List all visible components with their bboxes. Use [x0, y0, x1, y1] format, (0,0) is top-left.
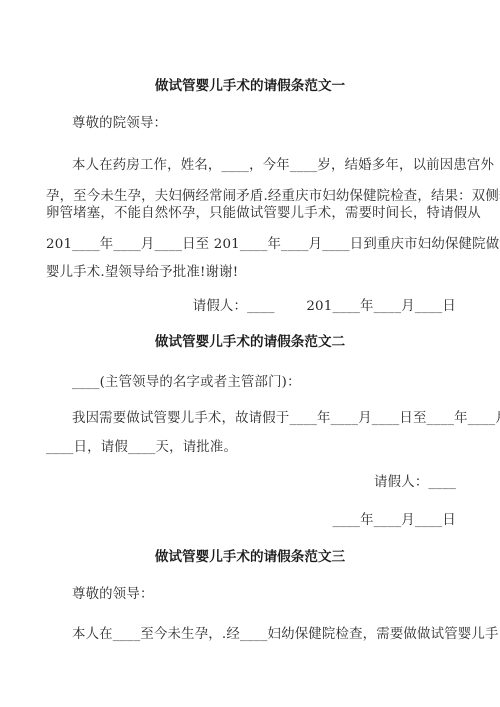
section-2-date: ____年____月____日	[332, 512, 456, 530]
section-1-salutation: 尊敬的院领导：	[72, 115, 456, 133]
section-2-title: 做试管婴儿手术的请假条范文二	[0, 333, 500, 351]
section-1-signature: 请假人：____ 201____年____月____日	[193, 298, 456, 316]
section-1-body-line: 孕，至今未生孕，夫妇俩经常闹矛盾.经重庆市妇幼保健院检查，结果：双侧输	[46, 188, 456, 206]
section-2-body-line: 我因需要做试管婴儿手术，故请假于____年____月____日至____年___…	[72, 410, 456, 428]
section-1-body-line: 201____年____月____日至 201____年____月____日到重…	[46, 236, 456, 254]
section-1-body-line: 本人在药房工作，姓名，____，今年____岁，结婚多年，以前因患宫外	[72, 157, 456, 175]
section-3-salutation: 尊敬的领导：	[72, 586, 456, 604]
section-1-title: 做试管婴儿手术的请假条范文一	[0, 77, 500, 95]
section-3-title: 做试管婴儿手术的请假条范文三	[0, 548, 500, 566]
section-2-salutation: ____(主管领导的名字或者主管部门)：	[72, 374, 456, 392]
section-3-body-line: 本人在____至今未生孕，.经____妇幼保健院检查，需要做做试管婴儿手	[72, 626, 456, 644]
section-2-body-line: ____日，请假____天，请批准。	[46, 439, 456, 457]
section-1-body-line: 卵管堵塞，不能自然怀孕，只能做试管婴儿手术，需要时间长，特请假从	[46, 205, 456, 223]
section-1-body-line: 婴儿手术.望领导给予批准!谢谢!	[46, 264, 456, 282]
section-2-signature: 请假人：____	[374, 474, 456, 492]
document-page: 做试管婴儿手术的请假条范文一 尊敬的院领导： 本人在药房工作，姓名，____，今…	[0, 0, 500, 707]
